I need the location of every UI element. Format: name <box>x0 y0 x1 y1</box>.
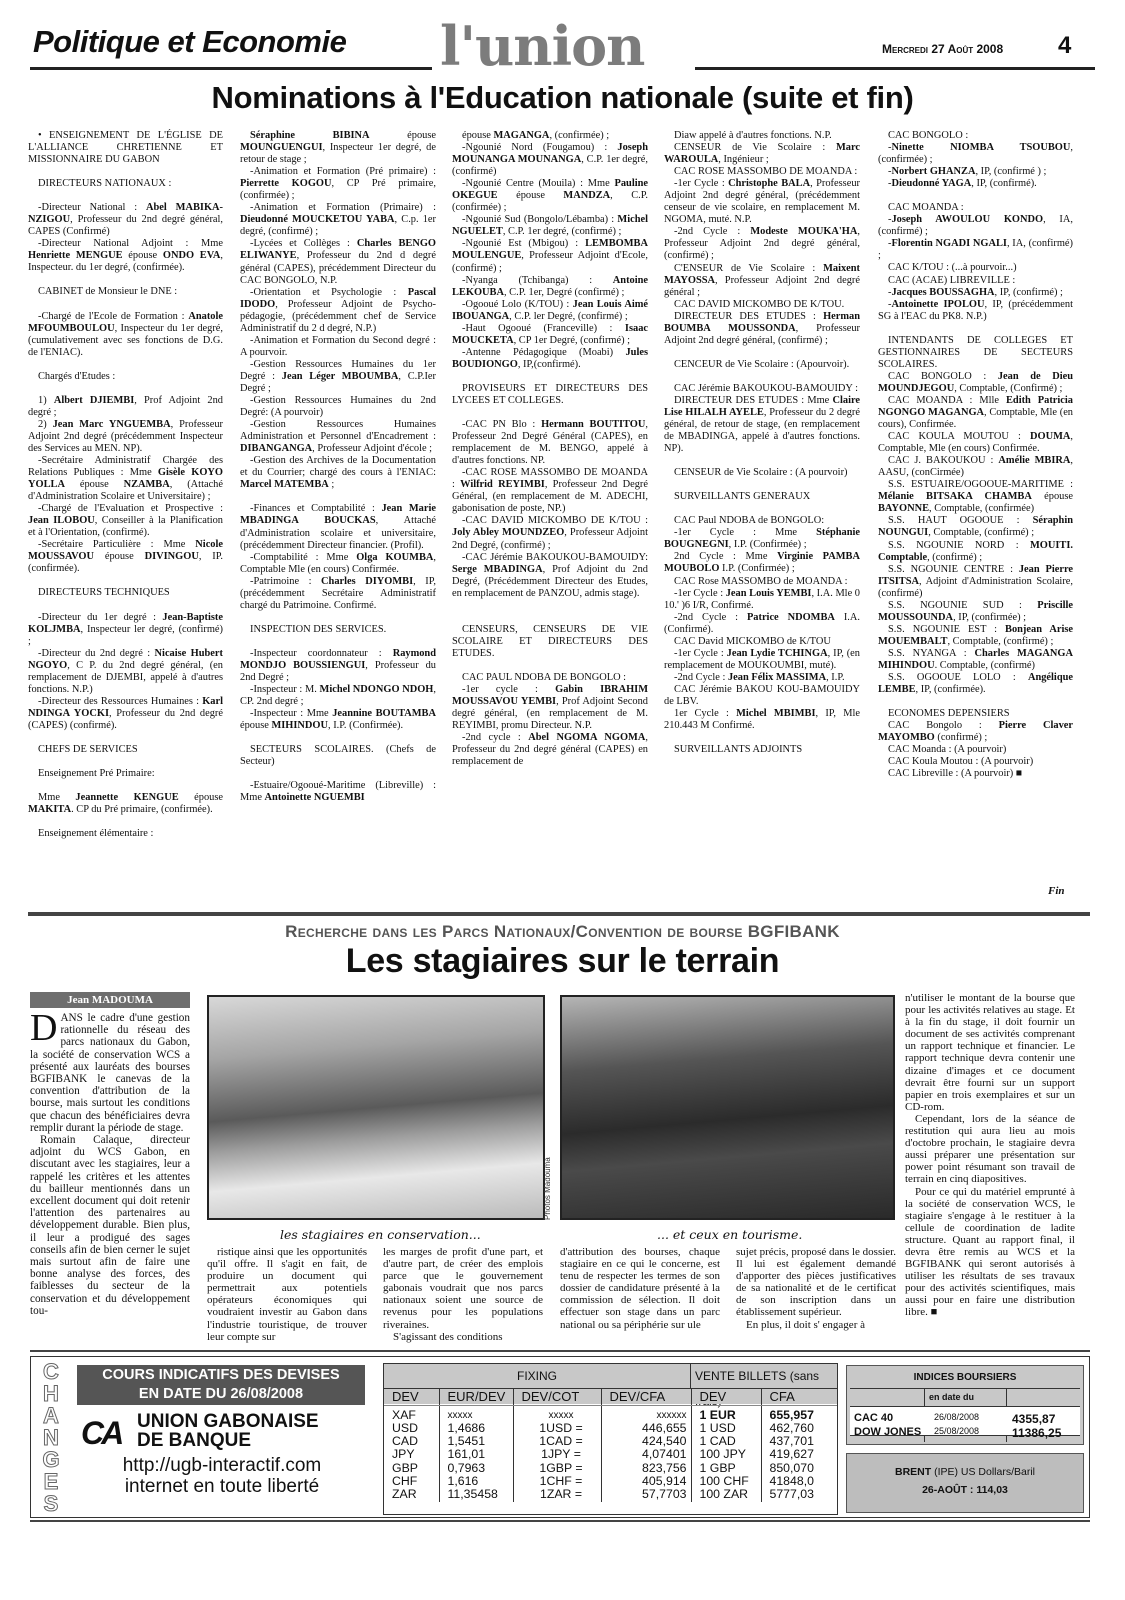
paragraph: -Directeur du 1er degré : Jean-Baptiste … <box>28 612 223 648</box>
article-column-1: • ENSEIGNEMENT DE L'ÉGLISE DE L'ALLIANCE… <box>28 130 223 840</box>
paragraph: CAC Paul NDOBA de BONGOLO: <box>664 515 860 527</box>
issue-date: Mercredi 27 Août 2008 <box>882 42 1003 56</box>
paragraph: -Ngounié Nord (Fougamou) : Joseph MOUNAN… <box>452 142 648 178</box>
paragraph: -1er Cycle : Mme Stéphanie BOUGNEGNI, I.… <box>664 527 860 551</box>
paragraph: CAC Jérémie BAKOUKOU-BAMOUIDY : <box>664 383 860 395</box>
lead-paragraph-2: Romain Calaque, directeur adjoint du WCS… <box>30 1134 190 1317</box>
table-cell: ZAR <box>384 1488 439 1501</box>
table-cell: 424,540 <box>601 1435 691 1448</box>
paragraph: CAC Libreville : (A pourvoir) ■ <box>878 768 1073 780</box>
paragraph: CHEFS DE SERVICES <box>28 744 223 756</box>
vertical-letter: G <box>39 1449 63 1471</box>
indices-title: INDICES BOURSIERS <box>847 1372 1083 1383</box>
table-row: ZAR11,354581ZAR =57,7703100 ZAR5777,03 <box>384 1488 837 1501</box>
paragraph: • ENSEIGNEMENT DE L'ÉGLISE DE L'ALLIANCE… <box>28 130 223 166</box>
indices-rule <box>850 1388 1080 1389</box>
paragraph: Enseignement Pré Primaire: <box>28 768 223 780</box>
brent-price: 26-AOÛT : 114,03 <box>847 1484 1083 1496</box>
column-header: DEV <box>384 1389 439 1405</box>
bank-logo-icon: CA <box>81 1415 121 1452</box>
bank-name-line-1: UNION GABONAISE <box>137 1412 319 1431</box>
paragraph: 2) Jean Marc YNGUEMBA, Professeur Adjoin… <box>28 419 223 455</box>
fixing-table: DEVEUR/DEVDEV/COTDEV/CFADEVCFA XAFxxxxxx… <box>384 1389 837 1502</box>
paragraph: S.S. NYANGA : Charles MAGANGA MIHINDOU. … <box>878 648 1073 672</box>
index-name: DOW JONES <box>854 1426 921 1438</box>
stock-indices-box: INDICES BOURSIERS en date du CAC 40 26/0… <box>846 1365 1084 1445</box>
paragraph: S.S. NGOUNIE CENTRE : Jean Pierre ITSITS… <box>878 564 1073 600</box>
paragraph: CAC David MICKOMBO de K/TOU <box>664 636 860 648</box>
paragraph: -Ninette NIOMBA TSOUBOU, (confirmée) ; <box>878 142 1073 166</box>
article-kicker: Recherche dans les Parcs Nationaux/Conve… <box>0 922 1125 942</box>
table-cell: 437,701 <box>761 1435 837 1448</box>
photo-credit: Photos Madouma <box>543 1157 552 1220</box>
vente-header: VENTE BILLETS (sans frais) <box>691 1364 837 1389</box>
paragraph: CAC K/TOU : (...à pourvoir...) <box>878 262 1073 274</box>
table-cell: 100 ZAR <box>691 1488 761 1501</box>
paragraph: -Directeur des Ressources Humaines : Kar… <box>28 696 223 732</box>
paragraph: DIRECTEUR DES ETUDES : Mme Claire Lise H… <box>664 395 860 455</box>
table-cell: 1CHF = <box>513 1475 601 1488</box>
paragraph: -Animation et Formation du Second degré … <box>240 335 436 359</box>
paragraph: 1er Cycle : Michel MBIMBI, IP, Mle 210.4… <box>664 708 860 732</box>
paragraph: Mme Jeannette KENGUE épouse MAKITA. CP d… <box>28 792 223 816</box>
paragraph: CAC BONGOLO : <box>878 130 1073 142</box>
banner-line-2: EN DATE DU 26/08/2008 <box>77 1385 365 1404</box>
paragraph: -Ogooué Lolo (K/TOU) : Jean Louis Aimé I… <box>452 299 648 323</box>
paragraph: -Antoinette IPOLOU, IP, (précédemment SG… <box>878 299 1073 323</box>
paragraph: C'ENSEUR de Vie Scolaire : Maixent MAYOS… <box>664 263 860 299</box>
article-end-mark: Fin <box>1048 885 1065 897</box>
table-cell: 41848,0 <box>761 1475 837 1488</box>
table-cell: 1ZAR = <box>513 1488 601 1501</box>
bank-url[interactable]: http://ugb-interactif.com <box>77 1455 367 1476</box>
section-title: Politique et Economie <box>33 24 346 60</box>
brent-label-bold: BRENT <box>895 1466 931 1478</box>
paragraph: INSPECTION DES SERVICES. <box>240 624 436 636</box>
table-cell: 405,914 <box>601 1475 691 1488</box>
column-header: EUR/DEV <box>439 1389 513 1405</box>
table-cell: CHF <box>384 1475 439 1488</box>
table-cell: 0,7963 <box>439 1462 513 1475</box>
paragraph: CAC (ACAE) LIBREVILLE : <box>878 275 1073 287</box>
table-cell: 1USD = <box>513 1422 601 1435</box>
paragraph: SECTEURS SCOLAIRES. (Chefs de Secteur) <box>240 744 436 768</box>
table-cell: 1GBP = <box>513 1462 601 1475</box>
paragraph: -Ngounié Est (Mbigou) : LEMBOMBA MOULENG… <box>452 238 648 274</box>
paragraph: -Animation et Formation (Primaire) : Die… <box>240 202 436 238</box>
table-cell: xxxxx <box>513 1405 601 1422</box>
table-cell: 1 CAD <box>691 1435 761 1448</box>
masthead: Politique et Economie l'union Mercredi 2… <box>30 22 1095 70</box>
column-header: DEV/COT <box>513 1389 601 1405</box>
table-cell: xxxxx <box>439 1405 513 1422</box>
paragraph: S.S. ESTUAIRE/OGOOUE-MARITIME : Mélanie … <box>878 479 1073 515</box>
paragraph: CAC KOULA MOUTOU : DOUMA, Comptable, Mle… <box>878 431 1073 455</box>
paragraph: CENSEUR de Vie Scolaire : Marc WAROULA, … <box>664 142 860 166</box>
paragraph: CAC MOANDA : <box>878 202 1073 214</box>
paragraph: CAC Rose MASSOMBO de MOANDA : <box>664 576 860 588</box>
byline: Jean MADOUMA <box>30 992 190 1008</box>
paragraph: -Orientation et Psychologie : Pascal IDO… <box>240 287 436 335</box>
paragraph: 2nd Cycle : Mme Virginie PAMBA MOUBOLO I… <box>664 551 860 575</box>
article-column-5: CAC BONGOLO :-Ninette NIOMBA TSOUBOU, (c… <box>878 130 1073 780</box>
brent-label-rest: (IPE) US Dollars/Baril <box>931 1466 1035 1478</box>
table-cell: CAD <box>384 1435 439 1448</box>
indices-date-header: en date du <box>929 1392 974 1402</box>
table-cell: JPY <box>384 1448 439 1461</box>
paragraph: épouse MAGANGA, (confirmée) ; <box>452 130 648 142</box>
table-cell: 446,655 <box>601 1422 691 1435</box>
paragraph: ECONOMES DEPENSIERS <box>878 708 1073 720</box>
photo-stagiaires-conservation <box>207 995 545 1220</box>
bank-tagline: internet en toute liberté <box>77 1476 367 1497</box>
paragraph: -Norbert GHANZA, IP, (confirmé ) ; <box>878 166 1073 178</box>
paragraph: sujet précis, proposé dans le dossier. I… <box>736 1246 896 1319</box>
article-column-2: Séraphine BIBINA épouse MOUNGUENGUI, Ins… <box>240 130 436 804</box>
paragraph: -2nd Cycle : Modeste MOUKA'HA, Professeu… <box>664 226 860 262</box>
column-header: DEV/CFA <box>601 1389 691 1405</box>
paragraph: S.S. OGOOUE LOLO : Angélique LEMBE, IP, … <box>878 672 1073 696</box>
index-date: 25/08/2008 <box>934 1426 979 1436</box>
table-cell: 462,760 <box>761 1422 837 1435</box>
paragraph: SURVEILLANTS ADJOINTS <box>664 744 860 756</box>
article-column-b3: les marges de profit d'une part, et d'au… <box>383 1246 543 1343</box>
fixing-table-box: FIXING VENTE BILLETS (sans frais) DEVEUR… <box>383 1363 838 1515</box>
article-column-b6: n'utiliser le montant de la bourse que p… <box>905 992 1075 1319</box>
paragraph: DIRECTEURS TECHNIQUES <box>28 587 223 599</box>
paragraph: -Nyanga (Tchibanga) : Antoine LEKOUBA, C… <box>452 275 648 299</box>
table-cell: 5777,03 <box>761 1488 837 1501</box>
table-cell: 100 JPY <box>691 1448 761 1461</box>
vertical-letter: E <box>39 1471 63 1493</box>
table-cell: 11,35458 <box>439 1488 513 1501</box>
paragraph: -Inspecteur : M. Michel NDONGO NDOH, CP.… <box>240 684 436 708</box>
vertical-letter: H <box>39 1383 63 1405</box>
table-cell: 57,7703 <box>601 1488 691 1501</box>
paragraph: En plus, il doit s' engager à <box>736 1319 896 1331</box>
paragraph: -Directeur National : Abel MABIKA-NZIGOU… <box>28 202 223 238</box>
table-cell: 100 CHF <box>691 1475 761 1488</box>
paragraph: CENCEUR de Vie Scolaire : (Apourvoir). <box>664 359 860 371</box>
paragraph: -Chargé de l'Evaluation et Prospective :… <box>28 503 223 539</box>
index-name: CAC 40 <box>854 1412 893 1424</box>
bank-ad: http://ugb-interactif.com internet en to… <box>77 1455 367 1497</box>
rates-banner: COURS INDICATIFS DES DEVISES EN DATE DU … <box>77 1365 365 1405</box>
paragraph: ristique ainsi que les opportunités qu'i… <box>207 1246 367 1343</box>
paragraph: d'attribution des bourses, chaque stagia… <box>560 1246 720 1331</box>
paragraph: -Antenne Pédagogique (Moabi) Jules BOUDI… <box>452 347 648 371</box>
paragraph: CAC Koula Moutou : (A pourvoir) <box>878 756 1073 768</box>
exchange-rates-box: CHANGES COURS INDICATIFS DES DEVISES EN … <box>30 1356 1090 1518</box>
paragraph: -Comptabilité : Mme Olga KOUMBA, Comptab… <box>240 552 436 576</box>
table-cell: 419,627 <box>761 1448 837 1461</box>
table-row: XAFxxxxxxxxxxxxxxxx1 EUR655,957 <box>384 1405 837 1422</box>
paragraph: DIRECTEURS NATIONAUX : <box>28 178 223 190</box>
article-body-nominations: • ENSEIGNEMENT DE L'ÉGLISE DE L'ALLIANCE… <box>28 130 1088 900</box>
paragraph: -Gestion Ressources Humaines Administrat… <box>240 419 436 455</box>
table-cell: 655,957 <box>761 1405 837 1422</box>
paragraph: CAC Bongolo : Pierre Claver MAYOMBO (con… <box>878 720 1073 744</box>
paragraph: -Ngounié Centre (Mouila) : Mme Pauline O… <box>452 178 648 214</box>
paragraph: S'agissant des conditions <box>383 1331 543 1343</box>
paragraph: SURVEILLANTS GENERAUX <box>664 491 860 503</box>
table-cell: 850,070 <box>761 1462 837 1475</box>
table-cell: 1CAD = <box>513 1435 601 1448</box>
paragraph: -CAC PN Blo : Hermann BOUTITOU, Professe… <box>452 419 648 467</box>
paragraph: -2nd cycle : Abel NGOMA NGOMA, Professeu… <box>452 732 648 768</box>
paragraph: Enseignement élémentaire : <box>28 828 223 840</box>
table-row: CAD1,54511CAD =424,5401 CAD437,701 <box>384 1435 837 1448</box>
table-cell: USD <box>384 1422 439 1435</box>
article-headline-stagiaires: Les stagiaires sur le terrain <box>0 942 1125 981</box>
paragraph: CAC PAUL NDOBA DE BONGOLO : <box>452 672 648 684</box>
bank-name: UNION GABONAISE DE BANQUE <box>137 1412 319 1450</box>
paragraph: -1er Cycle : Jean Lydie TCHINGA, IP, (en… <box>664 648 860 672</box>
paragraph: Séraphine BIBINA épouse MOUNGUENGUI, Ins… <box>240 130 436 166</box>
paragraph: CAC Jérémie BAKOU KOU-BAMOUIDY de LBV. <box>664 684 860 708</box>
article-column-b4: d'attribution des bourses, chaque stagia… <box>560 1246 720 1331</box>
changes-vertical-label: CHANGES <box>39 1361 63 1515</box>
paragraph: S.S. NGOUNIE SUD : Priscille MOUSSOUNDA,… <box>878 600 1073 624</box>
brent-label: BRENT (IPE) US Dollars/Baril <box>847 1466 1083 1478</box>
article-column-3: épouse MAGANGA, (confirmée) ;-Ngounié No… <box>452 130 648 768</box>
brent-value: 114,03 <box>976 1484 1008 1496</box>
masthead-rule-right <box>695 67 1095 70</box>
page-number: 4 <box>1058 32 1071 60</box>
fixing-header: FIXING <box>384 1364 691 1389</box>
paragraph: S.S. NGOUNIE EST : Bonjean Arise MOUEMBA… <box>878 624 1073 648</box>
paragraph: CENSEUR de Vie Scolaire : (A pourvoir) <box>664 467 860 479</box>
paragraph: CENSEURS, CENSEURS DE VIE SCOLAIRE ET DI… <box>452 624 648 660</box>
table-cell: 1 EUR <box>691 1405 761 1422</box>
paragraph: -Inspecteur coordonnateur : Raymond MOND… <box>240 648 436 684</box>
paragraph: -Gestion des Archives de la Documentatio… <box>240 455 436 491</box>
paragraph: S.S. HAUT OGOOUE : Séraphin NOUNGUI, Com… <box>878 515 1073 539</box>
article-column-b2: ristique ainsi que les opportunités qu'i… <box>207 1246 367 1343</box>
paragraph: -Patrimoine : Charles DIYOMBI, IP, (préc… <box>240 576 436 612</box>
index-date: 26/08/2008 <box>934 1412 979 1422</box>
paragraph: -Dieudonné YAGA, IP, (confirmé). <box>878 178 1073 190</box>
paragraph: -Florentin NGADI NGALI, IA, (confirmé) ; <box>878 238 1073 262</box>
table-cell: XAF <box>384 1405 439 1422</box>
newspaper-logo: l'union <box>440 14 644 78</box>
paragraph: DIRECTEUR DES ETUDES : Herman BOUMBA MOU… <box>664 311 860 347</box>
brent-oil-box: BRENT (IPE) US Dollars/Baril 26-AOÛT : 1… <box>846 1453 1084 1513</box>
paragraph: CAC DAVID MICKOMBO DE K/TOU. <box>664 299 860 311</box>
paragraph: Pour ce qui du matériel emprunté à la so… <box>905 1186 1075 1319</box>
paragraph: CAC ROSE MASSOMBO DE MOANDA : <box>664 166 860 178</box>
column-header: CFA <box>761 1389 837 1405</box>
brent-date: 26-AOÛT : <box>922 1484 976 1496</box>
index-value: 11386,25 <box>1012 1426 1061 1440</box>
paragraph: -Joseph AWOULOU KONDO, IA, (confirmé) ; <box>878 214 1073 238</box>
paragraph: CAC Moanda : (A pourvoir) <box>878 744 1073 756</box>
paragraph: CAC MOANDA : Mlle Edith Patricia NGONGO … <box>878 395 1073 431</box>
table-cell: 1JPY = <box>513 1448 601 1461</box>
paragraph: S.S. NGOUNIE NORD : MOUITI. Comptable, (… <box>878 540 1073 564</box>
table-row: CHF1,6161CHF =405,914100 CHF41848,0 <box>384 1475 837 1488</box>
paragraph: -Ngounié Sud (Bongolo/Lébamba) : Michel … <box>452 214 648 238</box>
table-cell: 1 USD <box>691 1422 761 1435</box>
exchange-rates-section: CHANGES COURS INDICATIFS DES DEVISES EN … <box>30 1350 1090 1522</box>
table-cell: 1,5451 <box>439 1435 513 1448</box>
table-cell: GBP <box>384 1462 439 1475</box>
paragraph: -Directeur National Adjoint : Mme Henrie… <box>28 238 223 274</box>
paragraph: -1er Cycle : Jean Louis YEMBI, I.A. Mle … <box>664 588 860 612</box>
paragraph: -CAC Jérémie BAKOUKOU-BAMOUIDY: Serge MB… <box>452 552 648 600</box>
table-cell: 161,01 <box>439 1448 513 1461</box>
banner-line-1: COURS INDICATIFS DES DEVISES <box>77 1366 365 1385</box>
paragraph: Diaw appelé à d'autres fonctions. N.P. <box>664 130 860 142</box>
paragraph: INTENDANTS DE COLLEGES ET GESTIONNAIRES … <box>878 335 1073 371</box>
paragraph: -CAC DAVID MICKOMBO DE K/TOU : Joly Able… <box>452 515 648 551</box>
paragraph: CABINET de Monsieur le DNE : <box>28 286 223 298</box>
paragraph: -Inspecteur : Mme Jeannine BOUTAMBA épou… <box>240 708 436 732</box>
paragraph: Cependant, lors de la séance de restitut… <box>905 1113 1075 1186</box>
index-value: 4355,87 <box>1012 1412 1055 1426</box>
photo-stagiaires-tourisme <box>560 995 895 1220</box>
table-row: GBP0,79631GBP =823,7561 GBP850,070 <box>384 1462 837 1475</box>
table-header-row: DEVEUR/DEVDEV/COTDEV/CFADEVCFA <box>384 1389 837 1405</box>
paragraph: -Finances et Comptabilité : Jean Marie M… <box>240 503 436 551</box>
paragraph: -1er cycle : Gabin IBRAHIM MOUSSAVOU YEM… <box>452 684 648 732</box>
photo-caption-1: les stagiaires en conservation... <box>280 1227 481 1242</box>
vertical-letter: C <box>39 1361 63 1383</box>
article-lead-column: DANS le cadre d'une gestion rationnelle … <box>30 1012 190 1317</box>
article-column-b5: sujet précis, proposé dans le dossier. I… <box>736 1246 896 1331</box>
paragraph: -Gestion Ressources Humaines du 1er Degr… <box>240 359 436 395</box>
vertical-letter: N <box>39 1427 63 1449</box>
vertical-letter: A <box>39 1405 63 1427</box>
paragraph: -CAC ROSE MASSOMBO DE MOANDA : Wilfrid R… <box>452 467 648 515</box>
table-row: USD1,46861USD =446,6551 USD462,760 <box>384 1422 837 1435</box>
paragraph: -2nd Cycle : Patrice NDOMBA I.A. (Confir… <box>664 612 860 636</box>
paragraph: n'utiliser le montant de la bourse que p… <box>905 992 1075 1113</box>
drop-cap: D <box>30 1013 57 1043</box>
paragraph: CAC BONGOLO : Jean de Dieu MOUNDJEGOU, C… <box>878 371 1073 395</box>
paragraph: -Jacques BOUSSAGHA, IP, (confirmé) ; <box>878 287 1073 299</box>
column-header: DEV <box>691 1389 761 1405</box>
photo-caption-2: ... et ceux en tourisme. <box>657 1227 802 1242</box>
paragraph: -Lycées et Collèges : Charles BENGO ELIW… <box>240 238 436 286</box>
article-column-4: Diaw appelé à d'autres fonctions. N.P.CE… <box>664 130 860 756</box>
paragraph: -Gestion Ressources Humaines du 2nd Degr… <box>240 395 436 419</box>
paragraph: PROVISEURS ET DIRECTEURS DES LYCEES ET C… <box>452 383 648 407</box>
paragraph: -1er Cycle : Christophe BALA, Professeur… <box>664 178 860 226</box>
paragraph: -Directeur du 2nd degré : Nicaise Hubert… <box>28 648 223 696</box>
bank-name-line-2: DE BANQUE <box>137 1431 319 1450</box>
table-cell: 1,616 <box>439 1475 513 1488</box>
paragraph: les marges de profit d'une part, et d'au… <box>383 1246 543 1331</box>
vertical-letter: S <box>39 1493 63 1515</box>
article-headline-nominations: Nominations à l'Education nationale (sui… <box>0 80 1125 116</box>
table-cell: 4,07401 <box>601 1448 691 1461</box>
paragraph: 1) Albert DJIEMBI, Prof Adjoint 2nd degr… <box>28 395 223 419</box>
paragraph: -Secrétaire Administratif Chargée des Re… <box>28 455 223 503</box>
paragraph: Chargés d'Etudes : <box>28 371 223 383</box>
table-row: JPY161,011JPY =4,07401100 JPY419,627 <box>384 1448 837 1461</box>
paragraph: CAC J. BAKOUKOU : Amélie MBIRA, AASU, (c… <box>878 455 1073 479</box>
table-cell: 823,756 <box>601 1462 691 1475</box>
paragraph: -Estuaire/Ogooué-Maritime (Libreville) :… <box>240 780 436 804</box>
paragraph: -2nd Cycle : Jean Félix MASSIMA, I.P. <box>664 672 860 684</box>
paragraph: -Secrétaire Particulière : Mme Nicole MO… <box>28 539 223 575</box>
paragraph: -Haut Ogooué (Franceville) : Isaac MOUCK… <box>452 323 648 347</box>
table-body: XAFxxxxxxxxxxxxxxxx1 EUR655,957USD1,4686… <box>384 1405 837 1502</box>
masthead-rule-left <box>30 67 432 70</box>
table-cell: xxxxxx <box>601 1405 691 1422</box>
table-cell: 1,4686 <box>439 1422 513 1435</box>
paragraph: -Chargé de l'Ecole de Formation : Anatol… <box>28 311 223 359</box>
table-cell: 1 GBP <box>691 1462 761 1475</box>
paragraph: -Animation et Formation (Pré primaire) :… <box>240 166 436 202</box>
section-divider <box>28 912 1090 916</box>
